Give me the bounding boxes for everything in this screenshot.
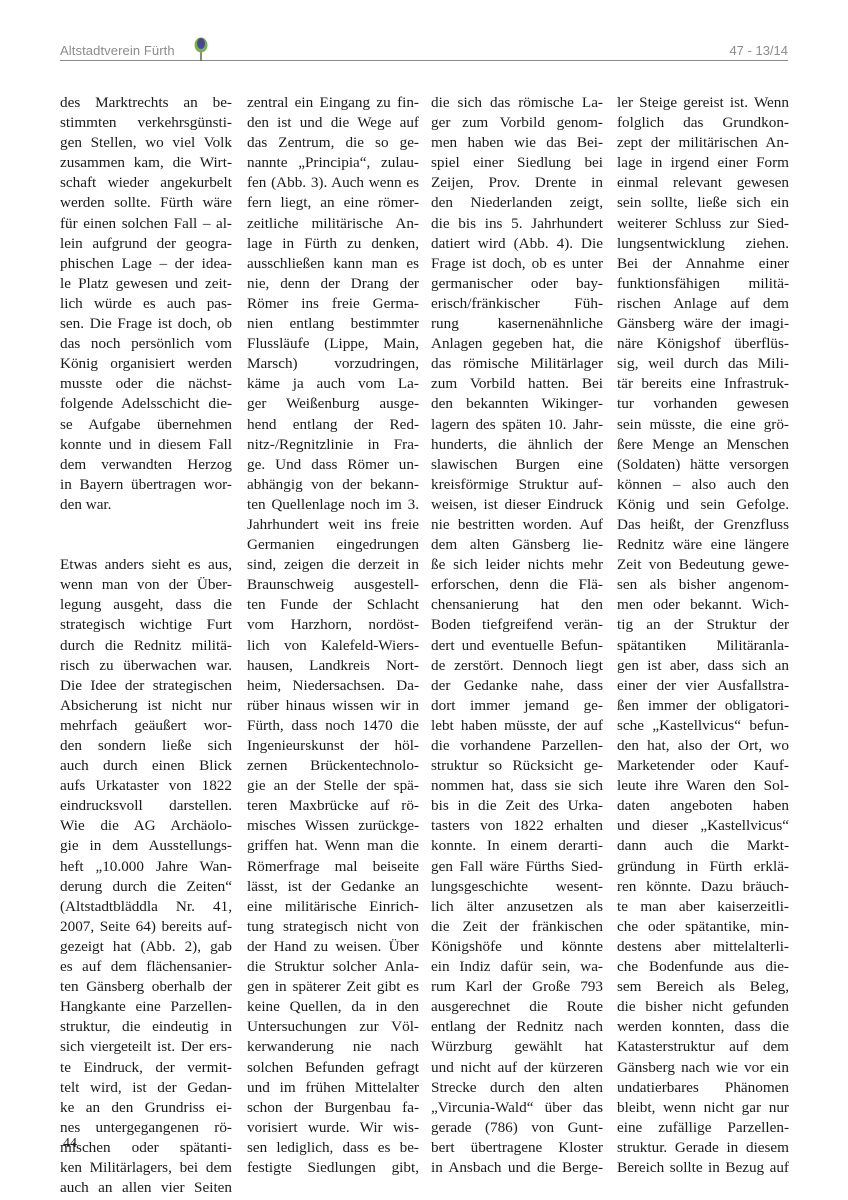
text-line: se Aufgabe übernehmen — [60, 415, 232, 435]
text-line: griffen hat. Wenn man die — [247, 836, 419, 856]
text-line: gen Fall wäre Fürths Sied- — [431, 857, 603, 877]
text-line: es auf dem flächensanier- — [60, 957, 232, 977]
text-line: rüber hinaus wissen wir in — [247, 696, 419, 716]
text-line: Strecke durch den alten — [431, 1078, 603, 1098]
text-line: tär bereits eine Infrastruk- — [617, 374, 789, 394]
text-line: heft „10.000 Jahre Wan- — [60, 857, 232, 877]
text-line: gie in dem Ausstellungs- — [60, 836, 232, 856]
text-line: erforschen, denn die Flä- — [431, 575, 603, 595]
text-line: ausschließen kann man es — [247, 254, 419, 274]
text-line: konnte. In einem derarti- — [431, 836, 603, 856]
text-line: Königshöfe und könnte — [431, 937, 603, 957]
tree-logo-icon — [193, 37, 209, 61]
text-line: leute ihre Waren den Sol- — [617, 776, 789, 796]
text-line: mischen oder spätanti- — [60, 1138, 232, 1158]
text-line: Zeijen, Prov. Drente in — [431, 173, 603, 193]
text-line: de zerstört. Dennoch liegt — [431, 656, 603, 676]
text-line: che oder spätantike, min- — [617, 917, 789, 937]
text-line: gen in späterer Zeit gibt es — [247, 977, 419, 997]
text-line: lein aufgrund der geogra- — [60, 234, 232, 254]
text-line: sen. Die Frage ist doch, ob — [60, 314, 232, 334]
text-line: bert übertragene Kloster — [431, 1138, 603, 1158]
text-line: spätantiken Militäranla- — [617, 636, 789, 656]
text-line: nes untergegangenen rö- — [60, 1118, 232, 1138]
text-line: die vorhandene Parzellen- — [431, 736, 603, 756]
text-line: te Eindruck, der vermit- — [60, 1058, 232, 1078]
text-line: lungsentwicklung ziehen. — [617, 234, 789, 254]
text-column-4: ler Steige gereist ist. Wennfolglich das… — [617, 93, 789, 1178]
text-line: men oder bekannt. Wich- — [617, 595, 789, 615]
text-line: bis in die Zeit des Urka- — [431, 796, 603, 816]
text-line: auch an allen vier Seiten — [60, 1178, 232, 1198]
text-column-3: die sich das römische La-ger zum Vorbild… — [431, 93, 603, 1178]
text-line: Bei der Annahme einer — [617, 254, 789, 274]
text-line: vom Harzhorn, nordöst- — [247, 615, 419, 635]
text-line: abhängig von der bekann- — [247, 475, 419, 495]
text-line: den ist und die Wege auf — [247, 113, 419, 133]
text-line: dert und eventuelle Befun- — [431, 636, 603, 656]
text-line: strategisch wichtige Furt — [60, 615, 232, 635]
text-line: Etwas anders sieht es aus, — [60, 555, 232, 575]
text-line: teren Maxbrücke auf rö- — [247, 796, 419, 816]
issue-number: 47 - 13/14 — [729, 43, 788, 58]
text-line: misches Wissen zurückge- — [247, 816, 419, 836]
text-line: struktur so Rücksicht ge- — [431, 756, 603, 776]
text-line: lebt haben müsste, der auf — [431, 716, 603, 736]
text-line: Bereich sollte in Bezug auf — [617, 1158, 789, 1178]
text-line: ße sich leider nichts mehr — [431, 555, 603, 575]
text-line: nommen hat, dass sie sich — [431, 776, 603, 796]
text-line: die Zeit der fränkischen — [431, 917, 603, 937]
text-line: zusammen kam, die Wirt- — [60, 153, 232, 173]
text-line: germanischer oder bay- — [431, 274, 603, 294]
text-line: Boden tiefgreifend verän- — [431, 615, 603, 635]
text-line: König organisiert werden — [60, 354, 232, 374]
text-line: aufs Urkataster von 1822 — [60, 776, 232, 796]
text-line: le Platz gewesen und zeit- — [60, 274, 232, 294]
text-line: ger zum Vorbild genom- — [431, 113, 603, 133]
text-line: Braunschweig ausgestell- — [247, 575, 419, 595]
text-line: weisen, ist dieser Eindruck — [431, 495, 603, 515]
text-line: den sondern ließe sich — [60, 736, 232, 756]
text-line: sind, zeigen die derzeit in — [247, 555, 419, 575]
text-line: ken Militärlagers, bei dem — [60, 1158, 232, 1178]
text-line: folglich das Grundkon- — [617, 113, 789, 133]
text-line: zum Vorbild hatten. Bei — [431, 374, 603, 394]
text-line: lässt, ist der Gedanke an — [247, 877, 419, 897]
text-line: erisch/fränkischer Füh- — [431, 294, 603, 314]
text-line: 2007, Seite 64) bereits auf- — [60, 917, 232, 937]
text-line: (Soldaten) hätte versorgen — [617, 455, 789, 475]
text-column-2: zentral ein Eingang zu fin-den ist und d… — [247, 93, 419, 1178]
text-line: sen als bisher angenom- — [617, 575, 789, 595]
text-line: gen Stellen, wo viel Volk — [60, 133, 232, 153]
text-line: gründung in Fürth erklä- — [617, 857, 789, 877]
text-line: nie bestritten worden. Auf — [431, 515, 603, 535]
text-line: gezeigt hat (Abb. 2), gab — [60, 937, 232, 957]
text-line: Zeit von Bedeutung gewe- — [617, 555, 789, 575]
text-line: näre Königshof überflüs- — [617, 334, 789, 354]
text-line: eindrucksvoll darstellen. — [60, 796, 232, 816]
text-line: nitz-/Regnitzlinie in Fra- — [247, 435, 419, 455]
text-line: Ingenieurskunst der höl- — [247, 736, 419, 756]
text-line: bleibt, wenn nicht gar nur — [617, 1098, 789, 1118]
text-line: nie, denn der Drang der — [247, 274, 419, 294]
paragraph-gap — [60, 515, 232, 555]
text-line: sig, weil durch das Mili- — [617, 354, 789, 374]
text-line: sche „Kastellvicus“ befun- — [617, 716, 789, 736]
text-line: der Gedanke nahe, dass — [431, 676, 603, 696]
text-line: dort immer jemand ge- — [431, 696, 603, 716]
text-line: die bisher nicht gefunden — [617, 997, 789, 1017]
text-line: risch zu überwachen war. — [60, 656, 232, 676]
text-line: Hangkante eine Parzellen- — [60, 997, 232, 1017]
text-line: dann auch die Markt- — [617, 836, 789, 856]
publisher-name: Altstadtverein Fürth — [60, 43, 175, 58]
text-line: ren könnte. Dazu bräuch- — [617, 877, 789, 897]
text-line: spiel einer Siedlung bei — [431, 153, 603, 173]
text-line: rum Karl der Große 793 — [431, 977, 603, 997]
text-line: das noch persönlich vom — [60, 334, 232, 354]
text-line: zept der militärischen An- — [617, 133, 789, 153]
text-line: hend entlang der Red- — [247, 415, 419, 435]
text-line: daten angeboten haben — [617, 796, 789, 816]
text-line: für einen solchen Fall – al- — [60, 214, 232, 234]
text-line: tasters von 1822 erhalten — [431, 816, 603, 836]
text-line: datiert wird (Abb. 4). Die — [431, 234, 603, 254]
text-line: ge. Und dass Römer un- — [247, 455, 419, 475]
text-line: eine zufällige Parzellen- — [617, 1118, 789, 1138]
text-line: ten Quellenlage noch im 3. — [247, 495, 419, 515]
text-line: struktur. Gerade in diesem — [617, 1138, 789, 1158]
text-line: hunderts, die ähnlich der — [431, 435, 603, 455]
text-line: fen (Abb. 3). Auch wenn es — [247, 173, 419, 193]
text-line: tig an der Struktur der — [617, 615, 789, 635]
text-line: rung kasernenähnliche — [431, 314, 603, 334]
text-line: Germanien eingedrungen — [247, 535, 419, 555]
text-line: Absicherung ist nicht nur — [60, 696, 232, 716]
text-line: weiterer Schluss zur Sied- — [617, 214, 789, 234]
text-line: die Struktur solcher Anla- — [247, 957, 419, 977]
text-line: sen lediglich, dass es be- — [247, 1138, 419, 1158]
text-line: vorisiert wurde. Wir wis- — [247, 1118, 419, 1138]
text-line: ausgerechnet die Route — [431, 997, 603, 1017]
text-line: Die Idee der strategischen — [60, 676, 232, 696]
text-line: in Ansbach und die Berge- — [431, 1158, 603, 1178]
text-line: folgende Adelsschicht die- — [60, 394, 232, 414]
text-line: sich viergeteilt ist. Der ers- — [60, 1037, 232, 1057]
text-line: das Zentrum, die so ge- — [247, 133, 419, 153]
text-line: ler Steige gereist ist. Wenn — [617, 93, 789, 113]
text-line: hausen, Landkreis Nort- — [247, 656, 419, 676]
text-line: Rednitz wäre eine längere — [617, 535, 789, 555]
text-line: ßen immer der obligatori- — [617, 696, 789, 716]
text-line: Marsch) vorzudringen, — [247, 354, 419, 374]
text-line: Römer ins freie Germa- — [247, 294, 419, 314]
text-line: lungsgeschichte wesent- — [431, 877, 603, 897]
text-line: sein sollte, ließe sich ein — [617, 193, 789, 213]
text-line: die sich das römische La- — [431, 93, 603, 113]
text-line: Anlagen gegeben hat, die — [431, 334, 603, 354]
text-line: che Bodenfunde aus die- — [617, 957, 789, 977]
text-line: ten Funde der Schlacht — [247, 595, 419, 615]
text-line: wenn man von der Über- — [60, 575, 232, 595]
text-line: sem Bereich als Beleg, — [617, 977, 789, 997]
text-line: ßere Menge an Menschen — [617, 435, 789, 455]
text-line: stimmten verkehrsgünsti- — [60, 113, 232, 133]
text-line: zeitliche militärische An- — [247, 214, 419, 234]
text-line: Wie die AG Archäolo- — [60, 816, 232, 836]
text-line: Untersuchungen zur Völ- — [247, 1017, 419, 1037]
text-line: legung ausgeht, dass die — [60, 595, 232, 615]
text-line: funktionsfähigen militä- — [617, 274, 789, 294]
text-column-1: des Marktrechts an be-stimmten verkehrsg… — [60, 93, 232, 1198]
text-line: undatierbares Phänomen — [617, 1078, 789, 1098]
text-line: gerade (786) von Gunt- — [431, 1118, 603, 1138]
text-line: in Bayern übertragen wor- — [60, 475, 232, 495]
text-line: „Vircunia-Wald“ über das — [431, 1098, 603, 1118]
text-line: zernen Brückentechnolo- — [247, 756, 419, 776]
text-line: rischen Anlage auf dem — [617, 294, 789, 314]
text-line: ke an den Grundriss ei- — [60, 1098, 232, 1118]
text-line: eine militärische Einrich- — [247, 897, 419, 917]
text-line: lagern des späten 10. Jahr- — [431, 415, 603, 435]
text-line: lage in irgend einer Form — [617, 153, 789, 173]
text-line: schaft wieder angekurbelt — [60, 173, 232, 193]
text-line: ein Indiz dafür sein, wa- — [431, 957, 603, 977]
text-line: kerwanderung nie nach — [247, 1037, 419, 1057]
text-line: Würzburg gewählt hat — [431, 1037, 603, 1057]
text-line: käme ja auch vom La- — [247, 374, 419, 394]
text-line: und im frühen Mittelalter — [247, 1078, 419, 1098]
text-line: und dieser „Kastellvicus“ — [617, 816, 789, 836]
text-line: nannte „Principia“, zulau- — [247, 153, 419, 173]
text-line: Fürth, dass noch 1470 die — [247, 716, 419, 736]
text-line: Das heißt, der Grenzfluss — [617, 515, 789, 535]
text-line: einmal relevant gewesen — [617, 173, 789, 193]
text-line: te man aber kaiserzeitli- — [617, 897, 789, 917]
text-line: schon der Burgenbau fa- — [247, 1098, 419, 1118]
text-line: Flussläufe (Lippe, Main, — [247, 334, 419, 354]
text-line: lich älter anzusetzen als — [431, 897, 603, 917]
text-line: und nicht auf der kürzeren — [431, 1058, 603, 1078]
text-line: kreisförmige Struktur auf- — [431, 475, 603, 495]
text-line: den bekannten Wikinger- — [431, 394, 603, 414]
text-line: solchen Befunden gefragt — [247, 1058, 419, 1078]
text-line: werden konnten, dass die — [617, 1017, 789, 1037]
text-line: des Marktrechts an be- — [60, 93, 232, 113]
text-line: entlang der Rednitz nach — [431, 1017, 603, 1037]
text-line: durch die Rednitz militä- — [60, 636, 232, 656]
text-line: chensanierung hat den — [431, 595, 603, 615]
text-line: das römische Militärlager — [431, 354, 603, 374]
text-line: fern liegt, an eine römer- — [247, 193, 419, 213]
text-line: men haben wie das Bei- — [431, 133, 603, 153]
text-line: struktur, die eindeutig in — [60, 1017, 232, 1037]
page-number: 44 — [63, 1136, 77, 1152]
text-line: derung durch die Zeiten“ — [60, 877, 232, 897]
text-line: den hat, also der Ort, wo — [617, 736, 789, 756]
text-line: Jahrhundert weit ins freie — [247, 515, 419, 535]
text-line: mehrfach geäußert wor- — [60, 716, 232, 736]
text-line: lich würde es auch pas- — [60, 294, 232, 314]
text-line: destens aber mittelalterli- — [617, 937, 789, 957]
text-line: tur vorhanden gewesen — [617, 394, 789, 414]
text-line: Gänsberg nach wie vor ein — [617, 1058, 789, 1078]
text-line: (Altstadtbläddla Nr. 41, — [60, 897, 232, 917]
text-line: Römerfrage mal beiseite — [247, 857, 419, 877]
text-line: einer der vier Ausfallstra- — [617, 676, 789, 696]
text-line: ten Gänsberg oberhalb der — [60, 977, 232, 997]
text-line: phischen Lage – der idea- — [60, 254, 232, 274]
text-line: telt wird, ist der Gedan- — [60, 1078, 232, 1098]
text-line: dem verwandten Herzog — [60, 455, 232, 475]
text-line: den war. — [60, 495, 232, 515]
text-line: musste oder die nächst- — [60, 374, 232, 394]
text-line: konnte und in diesem Fall — [60, 435, 232, 455]
text-line: slawischen Burgen eine — [431, 455, 603, 475]
text-line: können – also auch den — [617, 475, 789, 495]
text-line: König und sein Gefolge. — [617, 495, 789, 515]
text-line: sein müsste, die eine grö- — [617, 415, 789, 435]
text-line: zentral ein Eingang zu fin- — [247, 93, 419, 113]
text-line: Marketender oder Kauf- — [617, 756, 789, 776]
text-line: heim, Niedersachsen. Da- — [247, 676, 419, 696]
running-header: Altstadtverein Fürth 47 - 13/14 — [60, 40, 788, 61]
text-line: dem alten Gänsberg lie- — [431, 535, 603, 555]
text-line: ger Weißenburg ausge- — [247, 394, 419, 414]
text-line: tung strategisch nicht von — [247, 917, 419, 937]
text-line: Katasterstruktur auf dem — [617, 1037, 789, 1057]
text-line: die bis ins 5. Jahrhundert — [431, 214, 603, 234]
text-line: lich von Kalefeld-Wiers- — [247, 636, 419, 656]
text-line: gen ist aber, dass sich an — [617, 656, 789, 676]
text-line: Frage ist doch, ob es unter — [431, 254, 603, 274]
text-line: lage in Fürth zu denken, — [247, 234, 419, 254]
text-line: den Niederlanden zeigt, — [431, 193, 603, 213]
text-line: auch durch einen Blick — [60, 756, 232, 776]
text-line: gie an der Stelle der spä- — [247, 776, 419, 796]
text-line: keine Quellen, da in den — [247, 997, 419, 1017]
text-line: Gänsberg wäre der imagi- — [617, 314, 789, 334]
text-line: nien entlang bestimmter — [247, 314, 419, 334]
text-line: festigte Siedlungen gibt, — [247, 1158, 419, 1178]
text-line: werden sollte. Fürth wäre — [60, 193, 232, 213]
text-line: der Hand zu weisen. Über — [247, 937, 419, 957]
